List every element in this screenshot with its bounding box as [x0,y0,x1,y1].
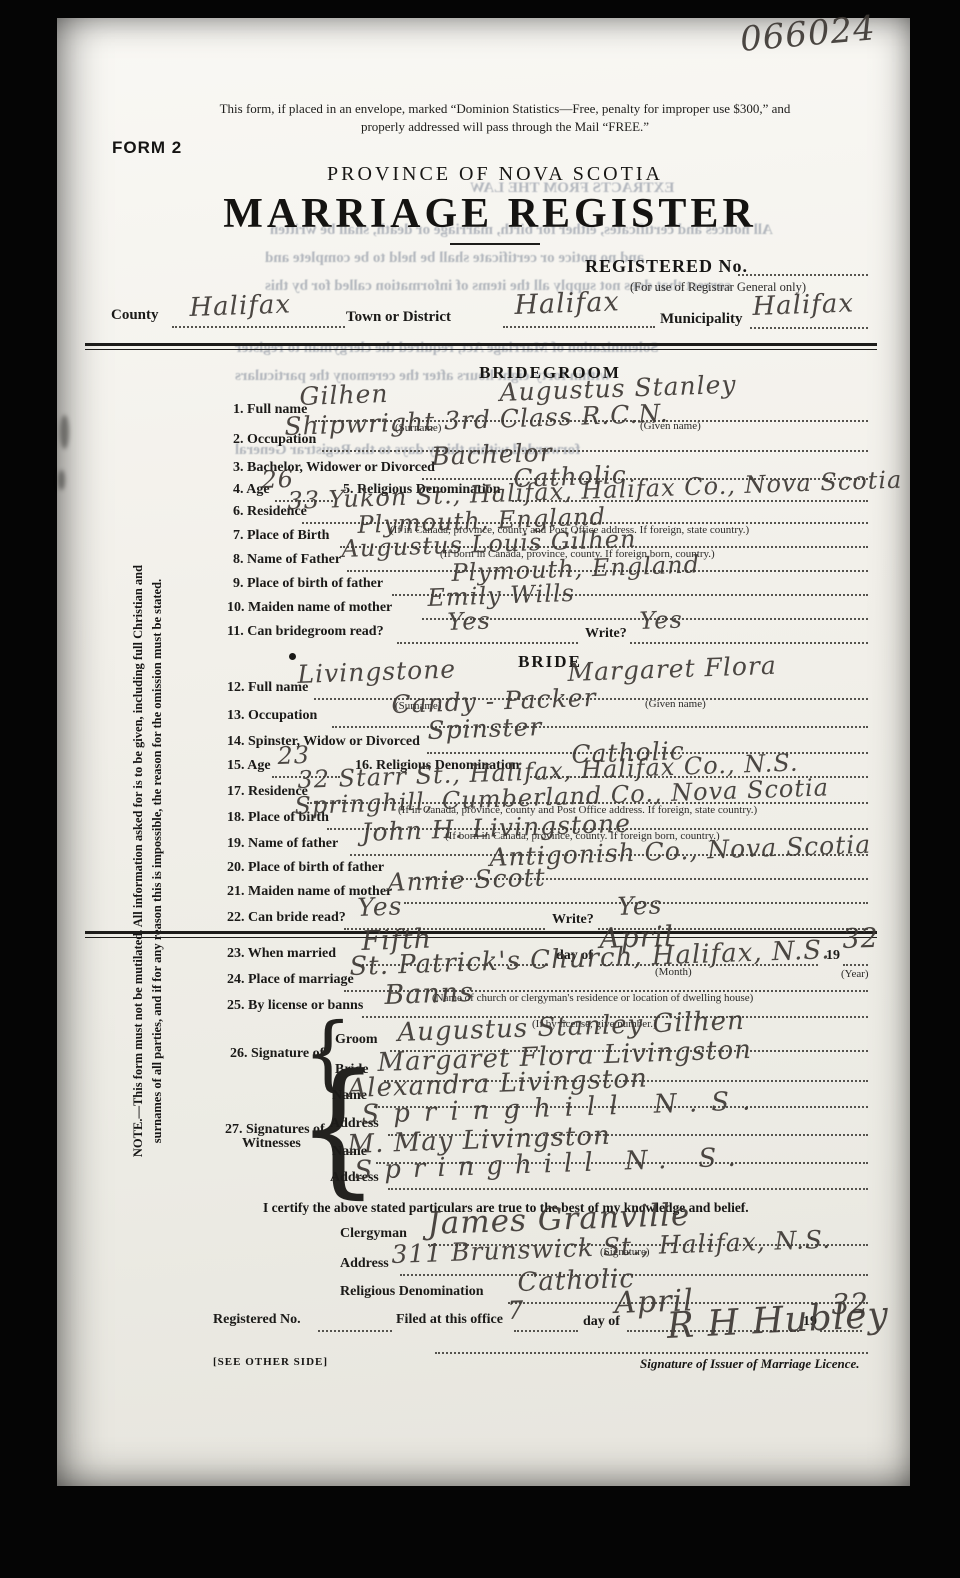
groom-father-birthplace-label: 9. Place of birth of father [233,576,383,592]
groom-mother-label: 10. Maiden name of mother [227,600,392,616]
town-label: Town or District [346,309,451,326]
clergy-denomination-label: Religious Denomination [340,1284,484,1300]
bride-fullname-label: 12. Full name [227,680,308,696]
groom-write-label: Write? [585,626,627,642]
dotted-line [435,1352,868,1354]
municipality-label: Municipality [660,311,743,328]
dotted-line [172,326,345,328]
dotted-line [503,326,655,328]
county-value: Halifax [189,289,292,323]
when-married-label: 23. When married [227,946,336,962]
groom-surname-value: Gilhen [299,379,389,411]
bride-status-value: Spinster [427,712,543,745]
dotted-line [318,1330,392,1332]
groom-write-value: Yes [639,606,683,635]
mail-note-line1: This form, if placed in an envelope, mar… [150,101,860,117]
county-label: County [111,307,159,324]
bride-write-value: Yes [617,890,663,921]
scanned-document: EXTRACTS FROM THE LAW All notices and ce… [0,0,960,1578]
see-other-side-label: [SEE OTHER SIDE] [213,1356,328,1368]
dotted-line [630,642,868,644]
bride-read-label: 22. Can bride read? [227,910,346,926]
place-of-marriage-label: 24. Place of marriage [227,972,354,988]
ink-smudge [58,470,65,490]
groom-read-value: Yes [447,607,491,636]
license-banns-value: Banns [384,977,475,1011]
bride-mother-value: Annie Scott [387,862,546,897]
bride-surname-value: Livingstone [297,654,457,689]
mail-note-line2: properly addressed will pass through the… [150,119,860,135]
bride-age-label: 15. Age [227,758,271,774]
groom-read-label: 11. Can bridegroom read? [227,624,384,640]
when-married-year-value: 32 [842,923,879,955]
bride-father-birthplace-label: 20. Place of birth of father [227,860,384,876]
ink-dot [289,653,296,660]
dotted-line [514,1330,578,1332]
bride-occupation-label: 13. Occupation [227,708,317,724]
registered-no-label: REGISTERED No. [585,256,748,277]
issuer-signature-caption: Signature of Issuer of Marriage Licence. [640,1356,860,1372]
witnesses-label-line2: Witnesses [242,1136,301,1152]
filed-day-value: 7 [507,1295,525,1325]
town-value: Halifax [514,286,620,321]
document-title: MARRIAGE REGISTER [170,190,810,238]
dotted-line [738,274,868,276]
dotted-line [322,450,868,452]
province-heading: PROVINCE OF NOVA SCOTIA [280,163,710,186]
clergy-address-label: Address [340,1256,389,1272]
filing-registered-label: Registered No. [213,1312,301,1328]
groom-birthplace-label: 7. Place of Birth [233,528,329,544]
dotted-line [750,327,868,329]
place-of-marriage-caption: (Name of church or clergyman's residence… [432,992,753,1004]
form-number: FORM 2 [112,138,182,158]
section-rule [85,343,877,350]
ink-smudge [60,415,69,449]
bride-status-label: 14. Spinster, Widow or Divorced [227,734,420,750]
dotted-line [332,726,868,728]
dotted-line [388,1188,868,1190]
sidebar-note-line1: NOTE.—This form must not be mutilated. A… [129,541,148,1181]
title-rule [450,243,540,245]
bride-father-label: 19. Name of father [227,836,338,852]
sidebar-note-line2: surnames of all parties, and if for any … [148,541,167,1181]
bride-read-value: Yes [357,891,403,922]
sidebar-note: NOTE.—This form must not be mutilated. A… [129,541,167,1181]
municipality-value: Halifax [752,288,855,322]
dotted-line [843,964,868,966]
bride-write-label: Write? [552,912,594,928]
groom-father-label: 8. Name of Father [233,552,341,568]
dotted-line [397,642,578,644]
givenname-caption: (Given name) [645,698,706,710]
year-caption: (Year) [841,968,869,980]
filed-at-office-label: Filed at this office [396,1312,503,1328]
